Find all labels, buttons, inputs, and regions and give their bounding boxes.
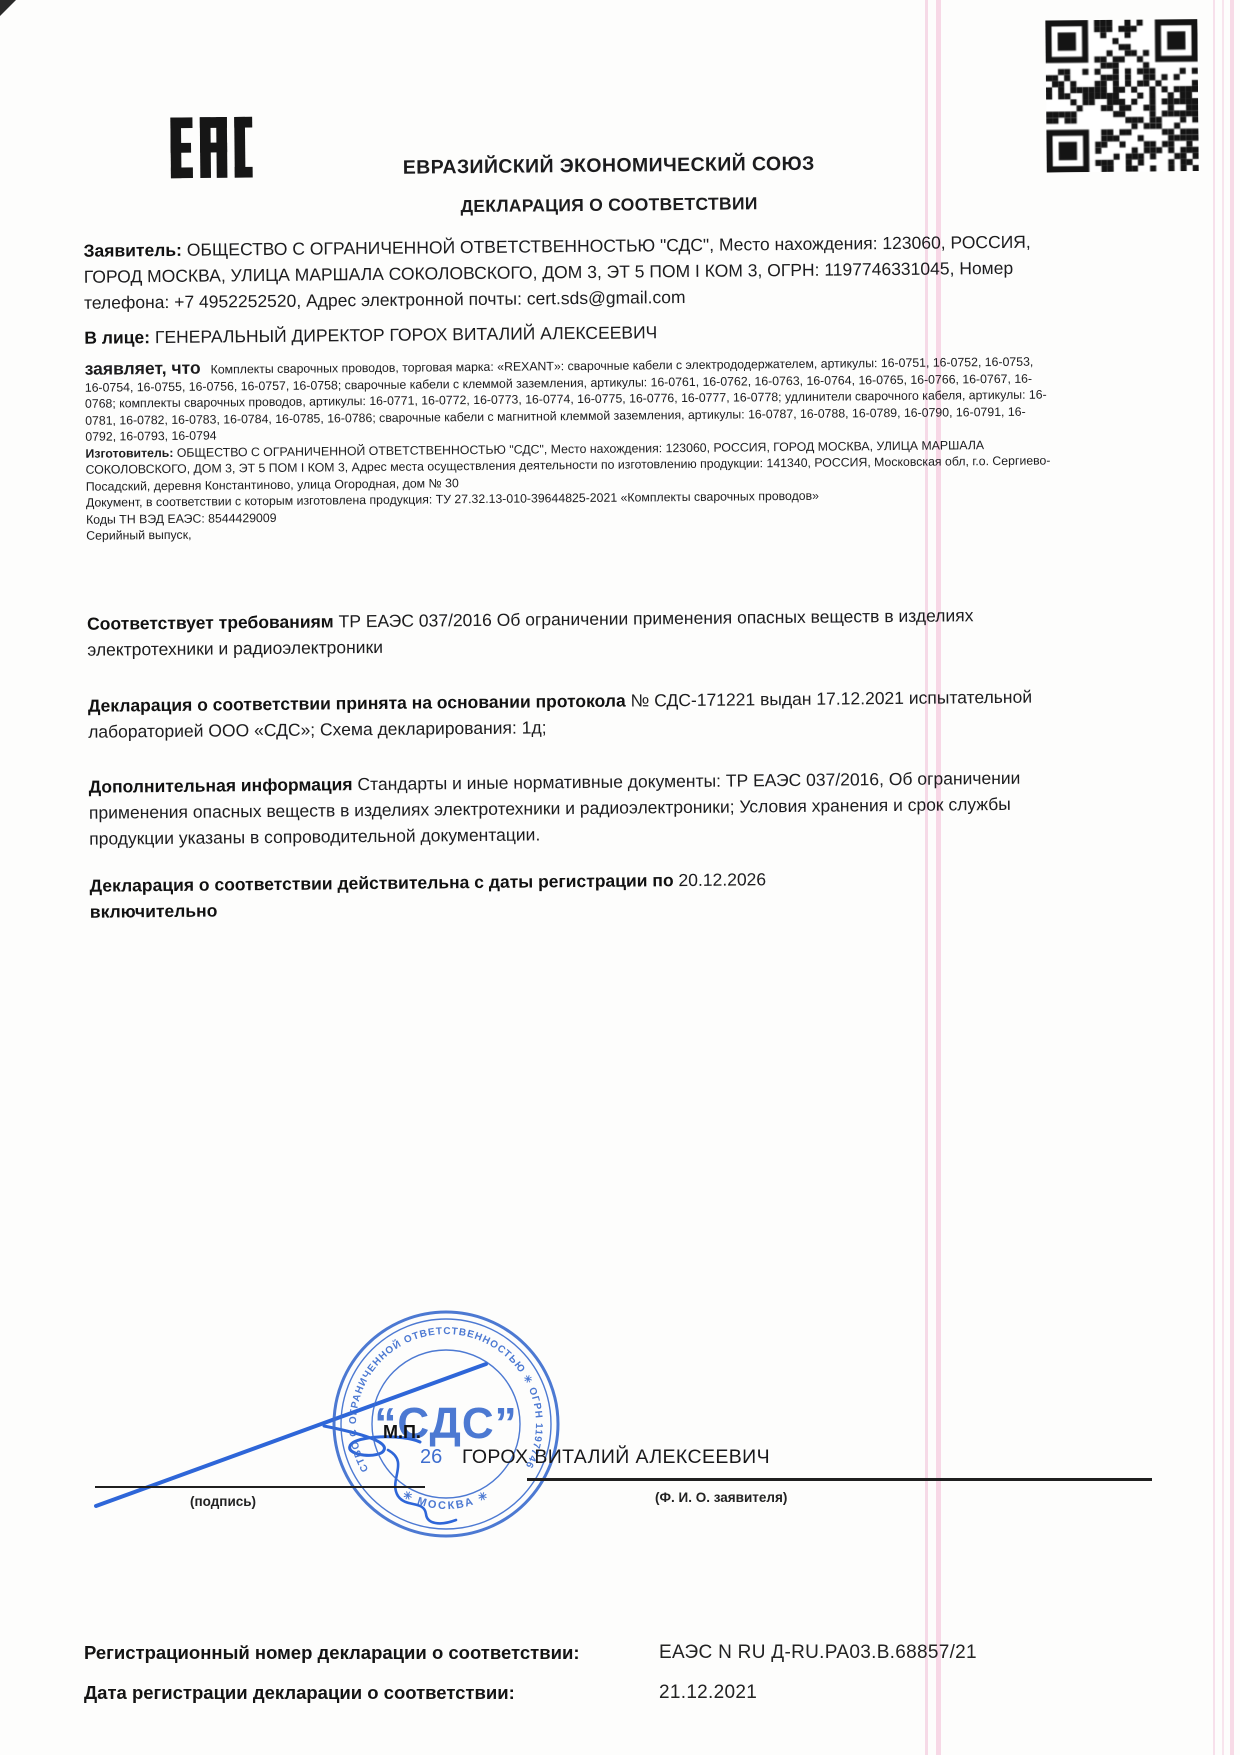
additional-info-paragraph: Дополнительная информация Стандарты и ин… [89,764,1058,851]
representative-text: ГЕНЕРАЛЬНЫЙ ДИРЕКТОР ГОРОХ ВИТАЛИЙ АЛЕКС… [155,322,658,347]
document-title: ДЕКЛАРАЦИЯ О СООТВЕТСТВИИ [239,191,979,219]
applicant-label: Заявитель: [83,240,182,261]
signature-zone: ОБЩЕСТВО С ОГРАНИЧЕННОЙ ОТВЕТСТВЕННОСТЬЮ… [0,1280,1240,1620]
additional-info-label: Дополнительная информация [89,774,353,797]
svg-text:✳ МОСКВА ✳: ✳ МОСКВА ✳ [400,1489,491,1512]
manufacturer-text: ОБЩЕСТВО С ОГРАНИЧЕННОЙ ОТВЕТСТВЕННОСТЬЮ… [86,438,1051,494]
fio-line [527,1478,1152,1481]
qr-code [1045,19,1198,172]
validity-date: 20.12.2026 [678,869,766,890]
basis-paragraph: Декларация о соответствии принята на осн… [88,683,1056,744]
compliance-paragraph: Соответствует требованиям ТР ЕАЭС 037/20… [87,601,1055,662]
representative-label: В лице: [84,327,150,348]
registration-block: Регистрационный номер декларации о соотв… [84,1642,1184,1722]
applicant-full-name: ГОРОХ ВИТАЛИЙ АЛЕКСЕЕВИЧ [462,1446,770,1469]
registration-date-row: Дата регистрации декларации о соответств… [84,1682,1184,1704]
manufacturer-label: Изготовитель: [85,445,173,460]
product-description: заявляет, чтоКомплекты сварочных проводо… [85,351,1054,445]
scan-corner-artifact [0,0,16,16]
registration-date-label: Дата регистрации декларации о соответств… [84,1682,659,1704]
signature-line [95,1486,425,1488]
stamp-place-mark: М.П. [383,1422,421,1443]
compliance-label: Соответствует требованиям [87,611,334,633]
stamp-bottom-text: ✳ МОСКВА ✳ [400,1489,491,1512]
stamp-number: 26 [420,1446,442,1469]
product-text: Комплекты сварочных проводов, торговая м… [85,355,1047,444]
applicant-text: ОБЩЕСТВО С ОГРАНИЧЕННОЙ ОТВЕТСТВЕННОСТЬЮ… [84,232,1031,313]
validity-paragraph: Декларация о соответствии действительна … [89,863,1057,924]
registration-date-value: 21.12.2021 [659,1682,757,1704]
declaration-document: ЕВРАЗИЙСКИЙ ЭКОНОМИЧЕСКИЙ СОЮЗ ДЕКЛАРАЦИ… [0,0,1240,1755]
representative-paragraph: В лице: ГЕНЕРАЛЬНЫЙ ДИРЕКТОР ГОРОХ ВИТАЛ… [84,315,1052,350]
basis-label: Декларация о соответствии принята на осн… [88,690,626,715]
registration-number-value: ЕАЭС N RU Д-RU.РА03.В.68857/21 [659,1642,977,1664]
declaration-block: заявляет, чтоКомплекты сварочных проводо… [85,351,1055,544]
union-title: ЕВРАЗИЙСКИЙ ЭКОНОМИЧЕСКИЙ СОЮЗ [239,151,979,181]
validity-label: Декларация о соответствии действительна … [90,870,674,896]
registration-number-label: Регистрационный номер декларации о соотв… [84,1642,659,1664]
applicant-paragraph: Заявитель: ОБЩЕСТВО С ОГРАНИЧЕННОЙ ОТВЕТ… [83,228,1052,315]
registration-number-row: Регистрационный номер декларации о соотв… [84,1642,1184,1664]
fio-caption: (Ф. И. О. заявителя) [655,1490,787,1505]
declares-label: заявляет, что [85,358,201,379]
company-round-stamp: ОБЩЕСТВО С ОГРАНИЧЕННОЙ ОТВЕТСТВЕННОСТЬЮ… [326,1282,566,1572]
signature-caption: (подпись) [190,1494,256,1509]
